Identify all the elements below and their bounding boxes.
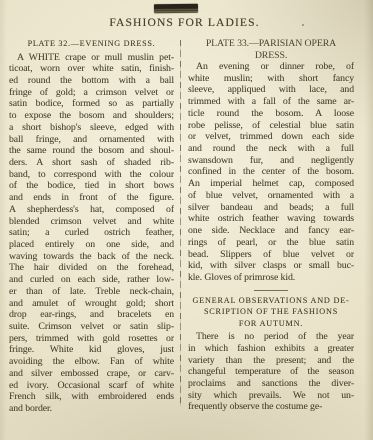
text-line: An imperial helmet cap, composed [188, 178, 354, 190]
text-line: one side. Necklace and fancy ear- [188, 225, 354, 237]
text-line: A WHITE crape or mull muslin pet- [9, 52, 174, 64]
text-line: FOR AUTUMN. [188, 318, 354, 330]
text-line: changeful temperature of the season [188, 366, 354, 378]
right-column: PLATE 33.—PARISIAN OPERADRESS. An evenin… [188, 38, 354, 413]
text-line: placed entirely on one side, and [9, 239, 174, 251]
text-line: satin bodice, formed so as partially [9, 98, 174, 110]
text-line: trimmed with a fall of the same ar- [188, 96, 354, 108]
page-title: FASHIONS FOR LADIES. [0, 16, 369, 29]
text-line: There is no period of the year [188, 331, 354, 343]
text-line: of blue velvet, ornamented with a [188, 190, 354, 202]
text-line: SCRIPTION OF THE FASHIONS [188, 306, 354, 318]
section-divider-rule [254, 290, 288, 291]
left-column: PLATE 32.—EVENING DRESS. A WHITE crape o… [9, 38, 174, 415]
text-line: ders. A short sash of shaded rib- [9, 157, 174, 169]
text-line: fringe. White kid gloves, just [9, 344, 174, 356]
text-line: and silver embossed crape, or carv- [9, 368, 174, 380]
text-line: of the bodice, tied in short bows [9, 180, 174, 192]
text-line: DRESS. [188, 50, 354, 62]
text-line: sleeve, appliqued with lace, and [188, 84, 354, 96]
text-line: sity which prevails. We not un- [188, 390, 354, 402]
text-line: and ends in front of the figure. [9, 192, 174, 204]
text-line: and amulet of wrought gold; short [9, 298, 174, 310]
text-line: ball fringe, and ornamented with [9, 134, 174, 146]
text-line: the same round the bosom and shoul- [9, 145, 174, 157]
text-line: French silk, with embroidered ends [9, 391, 174, 403]
text-line: frequently observe the costume ge- [188, 401, 354, 413]
text-line: GENERAL OBSERVATIONS AND DE- [188, 295, 354, 307]
text-line: suite. Crimson velvet or satin slip- [9, 321, 174, 333]
text-line: a short bishop's sleeve, edged with [9, 122, 174, 134]
text-line: ed ivory. Occasional scarf of white [9, 380, 174, 392]
text-line: and curled on each side, rather low- [9, 274, 174, 286]
text-line: swansdown fur, and negligently [188, 155, 354, 167]
text-line: satin; a curled ostrich feather, [9, 227, 174, 239]
general-observations-heading: GENERAL OBSERVATIONS AND DE-SCRIPTION OF… [188, 295, 354, 330]
plate-32-heading: PLATE 32.—EVENING DRESS. [9, 38, 174, 50]
text-line: blended crimson velvet and white [9, 216, 174, 228]
text-line: in which fashion exhibits a greater [188, 343, 354, 355]
plate-33-heading: PLATE 33.—PARISIAN OPERADRESS. [188, 38, 354, 61]
text-line: A shepherdess's hat, composed of [9, 204, 174, 216]
text-line: An evening or dinner robe, of [188, 61, 354, 73]
text-line: robe pelisse, of celestial blue satin [188, 120, 354, 132]
text-line: avoiding the elbow. Fan of white [9, 356, 174, 368]
text-line: ticoat, worn over white satin, finish- [9, 63, 174, 75]
plate-33-description: An evening or dinner robe, ofwhite musli… [188, 61, 354, 284]
text-line: and round the neck with a full [188, 143, 354, 155]
text-line: band, to correspond with the colour [9, 169, 174, 181]
text-line: variety than the present; and the [188, 355, 354, 367]
text-line: silver bandeau and beads; a full [188, 202, 354, 214]
text-line: kle. Gloves of primrose kid. [188, 272, 354, 284]
text-line: and border. [9, 403, 174, 415]
text-line: or velvet, trimmed down each side [188, 131, 354, 143]
text-line: proclaims and sanctions the diver- [188, 378, 354, 390]
text-line: waving towards the back of the neck. [9, 251, 174, 263]
text-line: ticle round the bosom. A loose [188, 108, 354, 120]
header-ornament [154, 4, 198, 13]
text-line: pers, trimmed with gold rosettes or [9, 333, 174, 345]
text-line: bead. Slippers of blue velvet or [188, 249, 354, 261]
text-line: ed round the bottom with a ball [9, 75, 174, 87]
text-line: PLATE 33.—PARISIAN OPERA [188, 38, 354, 50]
text-line: drop ear-rings, and bracelets en [9, 309, 174, 321]
text-line: rings of pearl, or the blue satin [188, 237, 354, 249]
text-line: white ostrich feather waving towards [188, 213, 354, 225]
text-line: to expose the bosom and shoulders; [9, 110, 174, 122]
text-line: fringe of gold; a crimson velvet or [9, 87, 174, 99]
text-line: kid, with silver clasps or small buc- [188, 260, 354, 272]
general-observations-text: There is no period of the yearin which f… [188, 331, 354, 413]
text-line: white muslin; with short fancy [188, 73, 354, 85]
scanned-magazine-page: FASHIONS FOR LADIES. PLATE 32.—EVENING D… [0, 0, 373, 440]
text-line: confined in the center of the bosom. [188, 166, 354, 178]
column-divider-rule [180, 40, 181, 406]
text-line: er than of late. Treble neck-chain, [9, 286, 174, 298]
text-line: The hair divided on the forehead, [9, 262, 174, 274]
plate-32-description: A WHITE crape or mull muslin pet-ticoat,… [9, 52, 174, 415]
